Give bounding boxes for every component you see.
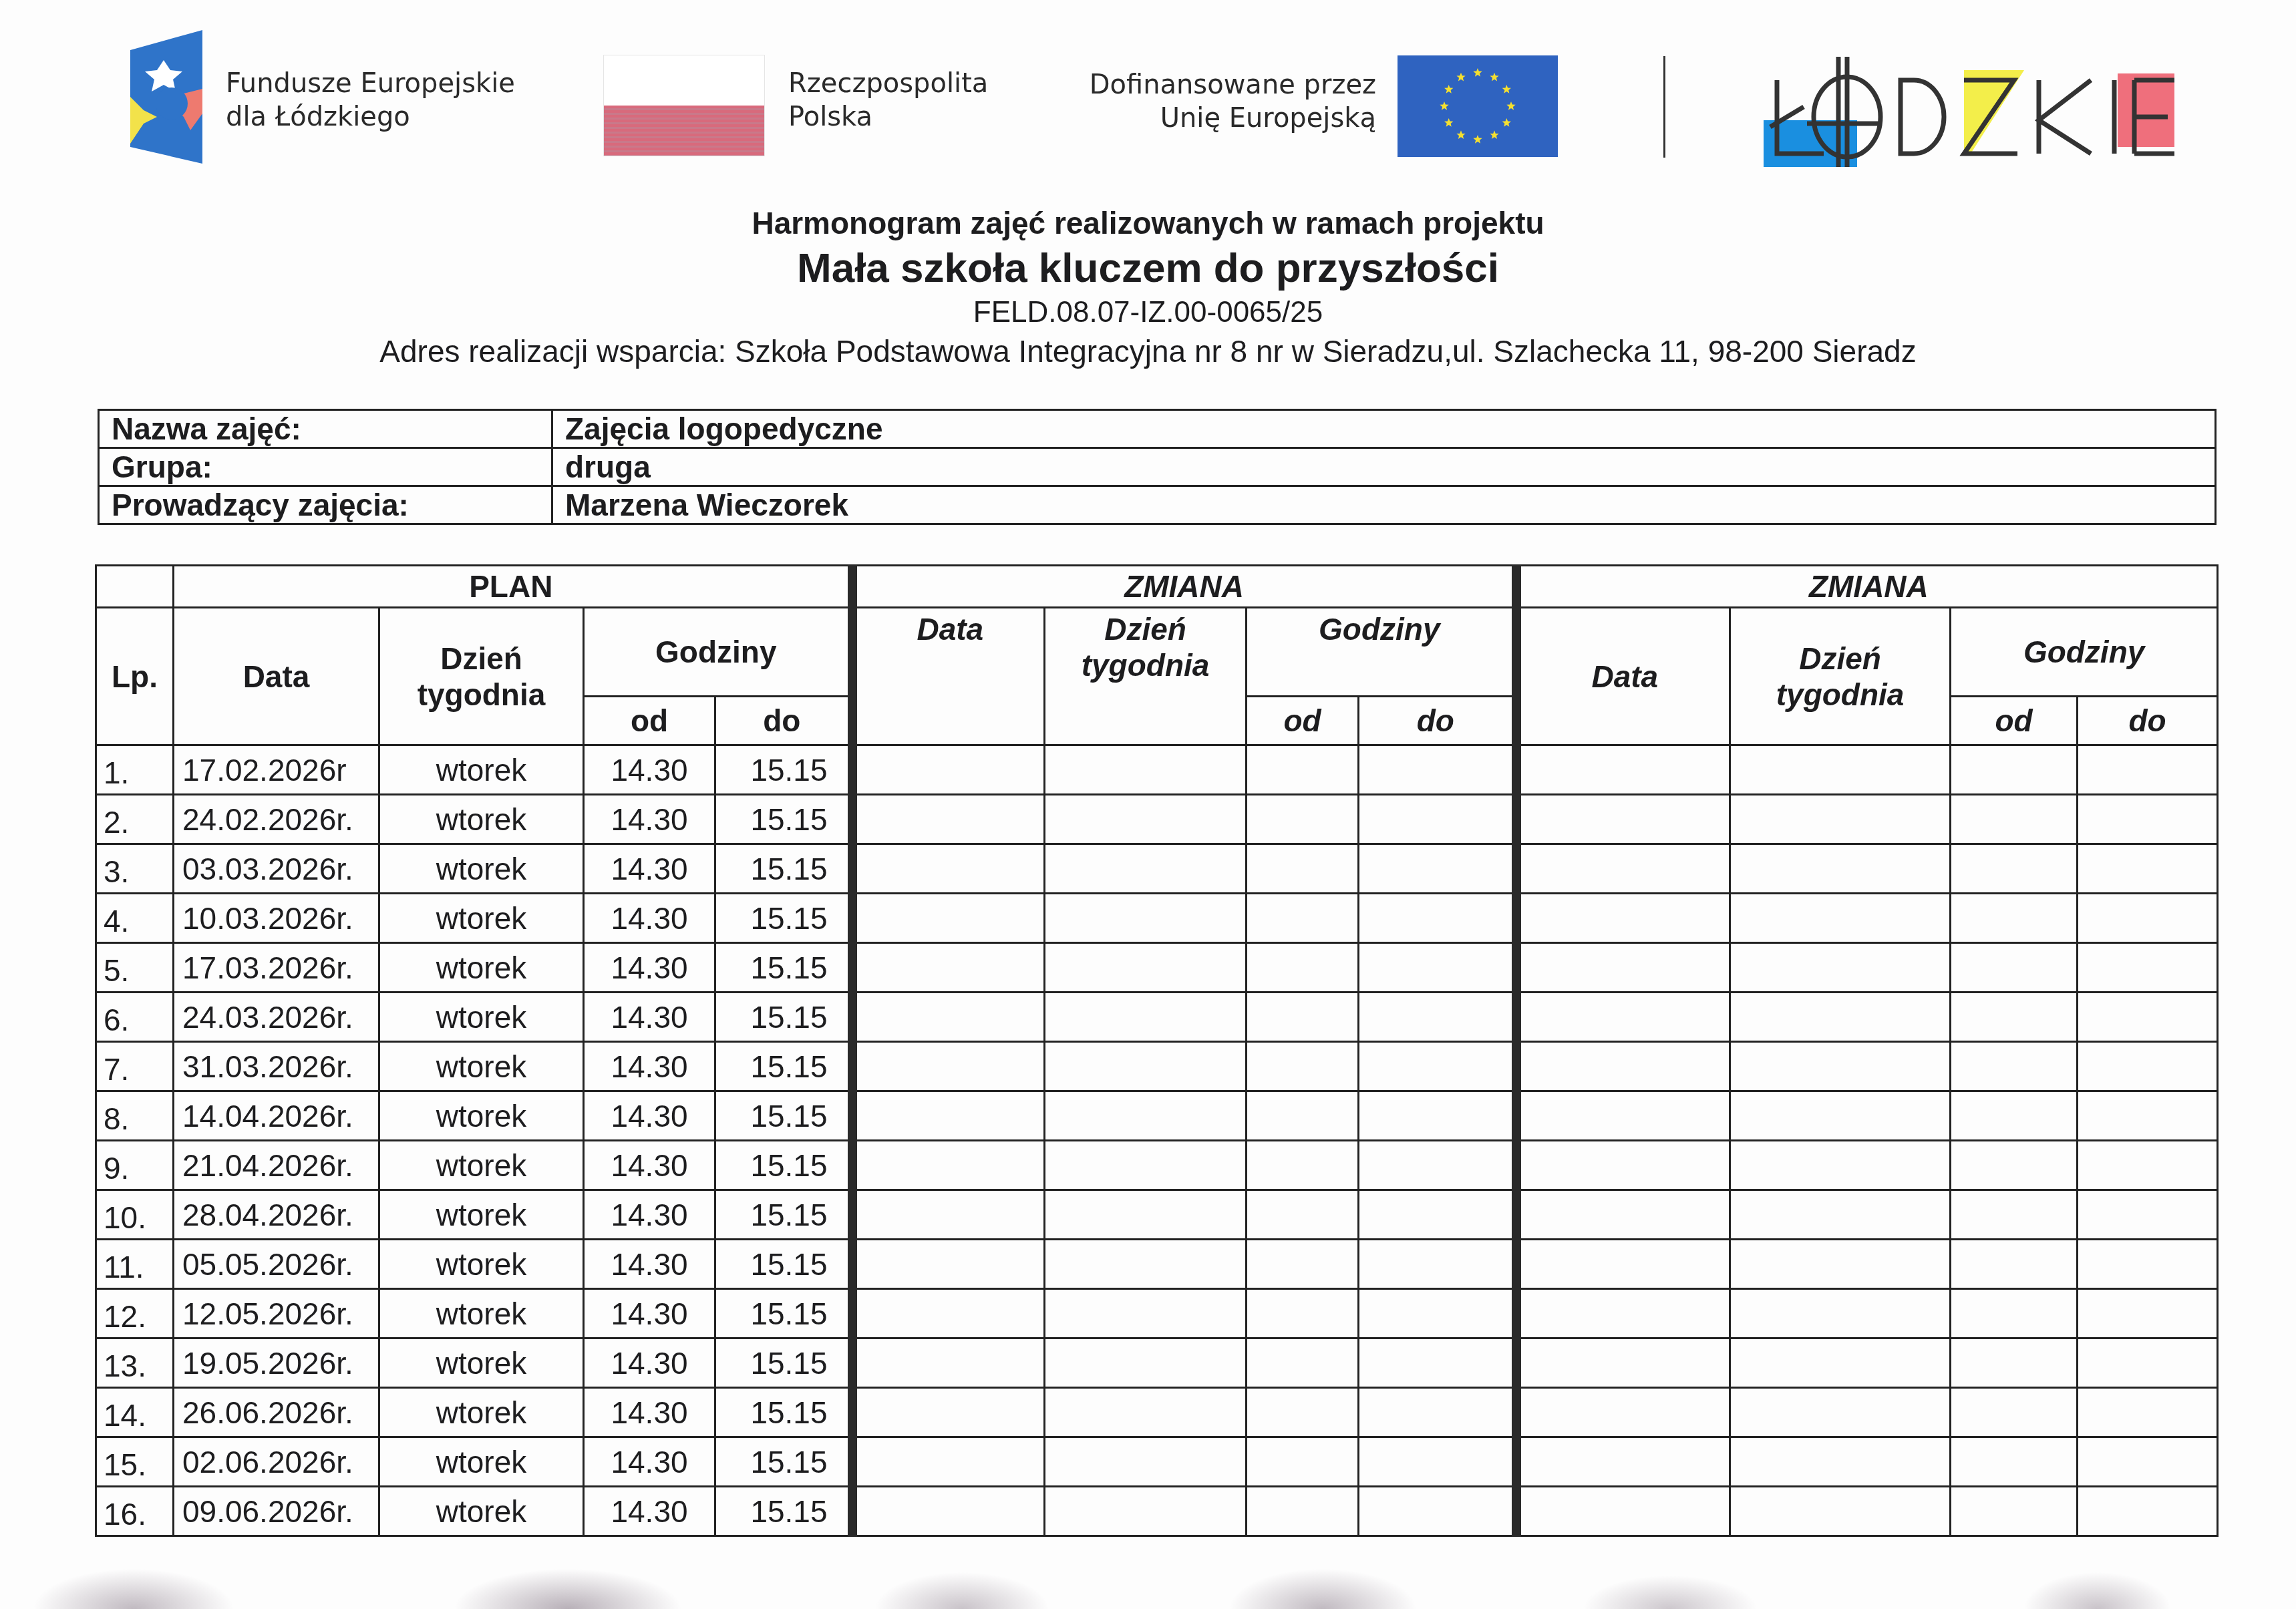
zmiana-1-day-header: Dzień tygodnia — [1045, 608, 1247, 745]
zmiana-1-from-cell — [1247, 844, 1359, 894]
plan-from: 14.30 — [584, 1487, 715, 1536]
zmiana-1-to-cell — [1359, 1487, 1516, 1536]
info-label: Prowadzący zajęcia: — [99, 486, 552, 524]
schedule-heading: Harmonogram zajęć realizowanych w ramach… — [0, 203, 2296, 243]
zmiana-1-day-cell — [1045, 1388, 1247, 1437]
zmiana-2-from-cell — [1951, 894, 2078, 943]
zmiana-1-from-cell — [1247, 1091, 1359, 1141]
zmiana-2-day-cell — [1730, 1388, 1951, 1437]
zmiana-2-to-cell — [2078, 1388, 2218, 1437]
zmiana-2-day-cell — [1730, 1487, 1951, 1536]
plan-from: 14.30 — [584, 1240, 715, 1289]
zmiana-2-to-cell — [2078, 943, 2218, 993]
plan-from: 14.30 — [584, 1338, 715, 1388]
zmiana-1-day-cell — [1045, 1240, 1247, 1289]
zmiana-1-to-header: do — [1359, 697, 1516, 745]
info-label: Grupa: — [99, 448, 552, 486]
zmiana-1-from-cell — [1247, 1487, 1359, 1536]
zmiana-1-day-cell — [1045, 1289, 1247, 1338]
zmiana-2-from-cell — [1951, 1437, 2078, 1487]
zmiana-2-to-cell — [2078, 844, 2218, 894]
zmiana-1-from-cell — [1247, 1338, 1359, 1388]
table-row: 16.09.06.2026r.wtorek14.3015.15 — [96, 1487, 2218, 1536]
plan-to: 15.15 — [715, 745, 852, 795]
zmiana-2-day-cell — [1730, 1338, 1951, 1388]
row-number: 7. — [96, 1042, 174, 1091]
zmiana-1-to-cell — [1359, 795, 1516, 844]
zmiana-2-day-header: Dzień tygodnia — [1730, 608, 1951, 745]
zmiana-2-date-cell — [1516, 745, 1730, 795]
plan-day: wtorek — [379, 1289, 584, 1338]
zmiana-1-from-cell — [1247, 1141, 1359, 1190]
class-info-table: Nazwa zajęć:Zajęcia logopedyczneGrupa:dr… — [98, 409, 2217, 525]
row-number: 8. — [96, 1091, 174, 1141]
row-number: 16. — [96, 1487, 174, 1536]
schedule-table: PLAN ZMIANA ZMIANA Lp. Data Dzień tygodn… — [95, 564, 2219, 1537]
project-number: FELD.08.07-IZ.00-0065/25 — [0, 294, 2296, 331]
zmiana-1-to-cell — [1359, 1240, 1516, 1289]
zmiana-2-date-cell — [1516, 1487, 1730, 1536]
zmiana-2-from-cell — [1951, 745, 2078, 795]
row-number: 14. — [96, 1388, 174, 1437]
zmiana-2-date-cell — [1516, 1388, 1730, 1437]
zmiana-2-to-header: do — [2078, 697, 2218, 745]
zmiana-2-date-cell — [1516, 844, 1730, 894]
plan-to: 15.15 — [715, 943, 852, 993]
table-row: 12.12.05.2026r.wtorek14.3015.15 — [96, 1289, 2218, 1338]
plan-to: 15.15 — [715, 1190, 852, 1240]
zmiana-2-from-cell — [1951, 844, 2078, 894]
table-row: 3.03.03.2026r.wtorek14.3015.15 — [96, 844, 2218, 894]
table-row: 7.31.03.2026r.wtorek14.3015.15 — [96, 1042, 2218, 1091]
zmiana-1-date-cell — [852, 894, 1045, 943]
info-value: Zajęcia logopedyczne — [552, 410, 2216, 448]
plan-date: 21.04.2026r. — [174, 1141, 379, 1190]
zmiana-2-to-cell — [2078, 1190, 2218, 1240]
zmiana-1-date-cell — [852, 844, 1045, 894]
plan-from: 14.30 — [584, 795, 715, 844]
zmiana-1-day-cell — [1045, 1141, 1247, 1190]
zmiana-2-date-cell — [1516, 1338, 1730, 1388]
zmiana-1-to-cell — [1359, 1289, 1516, 1338]
zmiana-2-to-cell — [2078, 795, 2218, 844]
plan-date: 24.03.2026r. — [174, 993, 379, 1042]
zmiana-1-to-cell — [1359, 993, 1516, 1042]
zmiana-2-day-cell — [1730, 943, 1951, 993]
zmiana-2-to-cell — [2078, 1141, 2218, 1190]
plan-date: 05.05.2026r. — [174, 1240, 379, 1289]
lp-header-spacer — [96, 566, 174, 608]
zmiana-1-date-cell — [852, 1240, 1045, 1289]
plan-day: wtorek — [379, 1487, 584, 1536]
zmiana-2-day-cell — [1730, 894, 1951, 943]
zmiana-1-day-cell — [1045, 943, 1247, 993]
plan-to: 15.15 — [715, 1042, 852, 1091]
zmiana-2-day-cell — [1730, 1240, 1951, 1289]
table-row: 14.26.06.2026r.wtorek14.3015.15 — [96, 1388, 2218, 1437]
zmiana-1-day-cell — [1045, 1437, 1247, 1487]
zmiana-2-date-cell — [1516, 1289, 1730, 1338]
plan-day: wtorek — [379, 894, 584, 943]
plan-from: 14.30 — [584, 1388, 715, 1437]
fundusze-europejskie-logo-icon — [130, 30, 202, 164]
plan-date: 26.06.2026r. — [174, 1388, 379, 1437]
zmiana-2-date-cell — [1516, 1190, 1730, 1240]
zmiana-1-day-cell — [1045, 993, 1247, 1042]
zmiana-2-date-cell — [1516, 1141, 1730, 1190]
plan-date: 03.03.2026r. — [174, 844, 379, 894]
scan-artifact — [0, 1556, 2296, 1609]
zmiana-1-day-cell — [1045, 1190, 1247, 1240]
plan-to: 15.15 — [715, 1141, 852, 1190]
lp-header: Lp. — [96, 608, 174, 745]
plan-header: PLAN — [174, 566, 852, 608]
plan-date: 31.03.2026r. — [174, 1042, 379, 1091]
zmiana-1-to-cell — [1359, 1141, 1516, 1190]
zmiana-1-to-cell — [1359, 1190, 1516, 1240]
zmiana-2-date-cell — [1516, 1240, 1730, 1289]
lodzkie-logo-icon — [1764, 53, 2191, 167]
info-value: druga — [552, 448, 2216, 486]
zmiana-1-date-cell — [852, 1091, 1045, 1141]
support-address: Adres realizacji wsparcia: Szkoła Podsta… — [0, 331, 2296, 371]
zmiana-2-to-cell — [2078, 993, 2218, 1042]
rzeczpospolita-label: Rzeczpospolita Polska — [788, 67, 988, 134]
plan-day: wtorek — [379, 795, 584, 844]
plan-date-header: Data — [174, 608, 379, 745]
zmiana-1-date-cell — [852, 1388, 1045, 1437]
zmiana-2-day-cell — [1730, 1289, 1951, 1338]
zmiana-2-day-cell — [1730, 993, 1951, 1042]
plan-day: wtorek — [379, 943, 584, 993]
plan-day: wtorek — [379, 1042, 584, 1091]
zmiana-2-date-cell — [1516, 943, 1730, 993]
zmiana-2-day-cell — [1730, 745, 1951, 795]
row-number: 1. — [96, 745, 174, 795]
plan-to: 15.15 — [715, 1091, 852, 1141]
plan-day: wtorek — [379, 1091, 584, 1141]
info-row: Prowadzący zajęcia:Marzena Wieczorek — [99, 486, 2216, 524]
zmiana-1-from-cell — [1247, 745, 1359, 795]
plan-to: 15.15 — [715, 1289, 852, 1338]
plan-from: 14.30 — [584, 894, 715, 943]
plan-from: 14.30 — [584, 993, 715, 1042]
zmiana-1-from-cell — [1247, 1240, 1359, 1289]
plan-date: 02.06.2026r. — [174, 1437, 379, 1487]
plan-from: 14.30 — [584, 1289, 715, 1338]
zmiana-1-date-cell — [852, 943, 1045, 993]
plan-date: 14.04.2026r. — [174, 1091, 379, 1141]
zmiana-2-to-cell — [2078, 894, 2218, 943]
zmiana-2-date-header: Data — [1516, 608, 1730, 745]
zmiana-2-header: ZMIANA — [1516, 566, 2218, 608]
zmiana-2-to-cell — [2078, 1437, 2218, 1487]
zmiana-2-from-cell — [1951, 795, 2078, 844]
plan-to: 15.15 — [715, 1388, 852, 1437]
plan-date: 24.02.2026r. — [174, 795, 379, 844]
zmiana-2-hours-header: Godziny — [1951, 608, 2218, 697]
zmiana-1-from-cell — [1247, 993, 1359, 1042]
zmiana-2-to-cell — [2078, 1091, 2218, 1141]
plan-day: wtorek — [379, 993, 584, 1042]
info-value: Marzena Wieczorek — [552, 486, 2216, 524]
zmiana-2-to-cell — [2078, 1240, 2218, 1289]
zmiana-1-from-cell — [1247, 1388, 1359, 1437]
row-number: 6. — [96, 993, 174, 1042]
zmiana-2-to-cell — [2078, 745, 2218, 795]
plan-from: 14.30 — [584, 1091, 715, 1141]
plan-date: 10.03.2026r. — [174, 894, 379, 943]
zmiana-2-day-cell — [1730, 1091, 1951, 1141]
row-number: 4. — [96, 894, 174, 943]
zmiana-2-from-cell — [1951, 1289, 2078, 1338]
zmiana-1-date-cell — [852, 1338, 1045, 1388]
fundusze-europejskie-label: Fundusze Europejskie dla Łódzkiego — [226, 67, 515, 134]
row-number: 9. — [96, 1141, 174, 1190]
plan-day: wtorek — [379, 745, 584, 795]
zmiana-2-from-cell — [1951, 1091, 2078, 1141]
zmiana-1-day-cell — [1045, 1338, 1247, 1388]
zmiana-2-date-cell — [1516, 1042, 1730, 1091]
plan-date: 12.05.2026r. — [174, 1289, 379, 1338]
zmiana-1-date-cell — [852, 1487, 1045, 1536]
title-block: Harmonogram zajęć realizowanych w ramach… — [0, 200, 2296, 371]
zmiana-1-date-cell — [852, 795, 1045, 844]
zmiana-1-from-cell — [1247, 943, 1359, 993]
plan-to: 15.15 — [715, 1240, 852, 1289]
plan-to: 15.15 — [715, 1338, 852, 1388]
zmiana-2-to-cell — [2078, 1338, 2218, 1388]
zmiana-2-from-cell — [1951, 1042, 2078, 1091]
table-row: 6.24.03.2026r.wtorek14.3015.15 — [96, 993, 2218, 1042]
zmiana-1-date-cell — [852, 745, 1045, 795]
zmiana-2-day-cell — [1730, 1437, 1951, 1487]
row-number: 11. — [96, 1240, 174, 1289]
table-row: 8.14.04.2026r.wtorek14.3015.15 — [96, 1091, 2218, 1141]
zmiana-2-day-cell — [1730, 844, 1951, 894]
plan-to: 15.15 — [715, 795, 852, 844]
plan-day: wtorek — [379, 1240, 584, 1289]
plan-from: 14.30 — [584, 1141, 715, 1190]
zmiana-1-day-cell — [1045, 745, 1247, 795]
zmiana-2-date-cell — [1516, 1091, 1730, 1141]
zmiana-1-to-cell — [1359, 1091, 1516, 1141]
plan-date: 09.06.2026r. — [174, 1487, 379, 1536]
zmiana-1-header: ZMIANA — [852, 566, 1516, 608]
row-number: 13. — [96, 1338, 174, 1388]
plan-to: 15.15 — [715, 1437, 852, 1487]
zmiana-1-to-cell — [1359, 844, 1516, 894]
zmiana-1-day-cell — [1045, 1091, 1247, 1141]
zmiana-2-date-cell — [1516, 894, 1730, 943]
zmiana-1-date-cell — [852, 1437, 1045, 1487]
table-row: 9.21.04.2026r.wtorek14.3015.15 — [96, 1141, 2218, 1190]
table-row: 15.02.06.2026r.wtorek14.3015.15 — [96, 1437, 2218, 1487]
zmiana-1-day-cell — [1045, 1042, 1247, 1091]
zmiana-2-from-cell — [1951, 1487, 2078, 1536]
table-row: 10.28.04.2026r.wtorek14.3015.15 — [96, 1190, 2218, 1240]
plan-day: wtorek — [379, 1388, 584, 1437]
zmiana-1-hours-header: Godziny — [1247, 608, 1516, 697]
zmiana-1-date-cell — [852, 1141, 1045, 1190]
zmiana-2-day-cell — [1730, 795, 1951, 844]
project-title: Mała szkoła kluczem do przyszłości — [0, 243, 2296, 294]
zmiana-2-date-cell — [1516, 1437, 1730, 1487]
zmiana-1-to-cell — [1359, 943, 1516, 993]
table-row: 1.17.02.2026rwtorek14.3015.15 — [96, 745, 2218, 795]
zmiana-1-day-cell — [1045, 844, 1247, 894]
row-number: 5. — [96, 943, 174, 993]
zmiana-1-from-cell — [1247, 1042, 1359, 1091]
zmiana-1-date-cell — [852, 993, 1045, 1042]
plan-from: 14.30 — [584, 1042, 715, 1091]
eu-flag-icon — [1398, 55, 1558, 157]
plan-from: 14.30 — [584, 745, 715, 795]
zmiana-1-to-cell — [1359, 894, 1516, 943]
zmiana-1-day-cell — [1045, 1487, 1247, 1536]
zmiana-2-to-cell — [2078, 1487, 2218, 1536]
plan-from-header: od — [584, 697, 715, 745]
plan-date: 17.02.2026r — [174, 745, 379, 795]
zmiana-1-date-cell — [852, 1042, 1045, 1091]
zmiana-2-date-cell — [1516, 993, 1730, 1042]
zmiana-2-from-cell — [1951, 1338, 2078, 1388]
plan-to: 15.15 — [715, 1487, 852, 1536]
zmiana-2-from-header: od — [1951, 697, 2078, 745]
plan-to-header: do — [715, 697, 852, 745]
logo-divider — [1663, 56, 1665, 158]
plan-date: 19.05.2026r. — [174, 1338, 379, 1388]
zmiana-2-day-cell — [1730, 1190, 1951, 1240]
row-number: 10. — [96, 1190, 174, 1240]
zmiana-1-to-cell — [1359, 1437, 1516, 1487]
zmiana-1-to-cell — [1359, 1388, 1516, 1437]
table-row: 5.17.03.2026r.wtorek14.3015.15 — [96, 943, 2218, 993]
plan-day: wtorek — [379, 844, 584, 894]
row-number: 2. — [96, 795, 174, 844]
row-number: 3. — [96, 844, 174, 894]
info-row: Nazwa zajęć:Zajęcia logopedyczne — [99, 410, 2216, 448]
zmiana-2-from-cell — [1951, 993, 2078, 1042]
plan-to: 15.15 — [715, 993, 852, 1042]
table-row: 13.19.05.2026r.wtorek14.3015.15 — [96, 1338, 2218, 1388]
zmiana-1-date-cell — [852, 1289, 1045, 1338]
row-number: 12. — [96, 1289, 174, 1338]
zmiana-1-from-cell — [1247, 1190, 1359, 1240]
zmiana-2-to-cell — [2078, 1289, 2218, 1338]
zmiana-1-date-cell — [852, 1190, 1045, 1240]
zmiana-1-from-cell — [1247, 1289, 1359, 1338]
plan-from: 14.30 — [584, 844, 715, 894]
plan-from: 14.30 — [584, 1190, 715, 1240]
zmiana-2-day-cell — [1730, 1042, 1951, 1091]
zmiana-1-to-cell — [1359, 1338, 1516, 1388]
zmiana-1-to-cell — [1359, 1042, 1516, 1091]
row-number: 15. — [96, 1437, 174, 1487]
zmiana-1-from-cell — [1247, 1437, 1359, 1487]
table-row: 2.24.02.2026r.wtorek14.3015.15 — [96, 795, 2218, 844]
plan-day: wtorek — [379, 1437, 584, 1487]
info-label: Nazwa zajęć: — [99, 410, 552, 448]
zmiana-2-from-cell — [1951, 943, 2078, 993]
zmiana-2-day-cell — [1730, 1141, 1951, 1190]
zmiana-2-date-cell — [1516, 795, 1730, 844]
plan-day: wtorek — [379, 1141, 584, 1190]
table-row: 4.10.03.2026r.wtorek14.3015.15 — [96, 894, 2218, 943]
plan-hours-header: Godziny — [584, 608, 852, 697]
zmiana-2-from-cell — [1951, 1388, 2078, 1437]
plan-to: 15.15 — [715, 894, 852, 943]
zmiana-2-from-cell — [1951, 1141, 2078, 1190]
zmiana-2-from-cell — [1951, 1190, 2078, 1240]
zmiana-1-from-header: od — [1247, 697, 1359, 745]
zmiana-1-to-cell — [1359, 745, 1516, 795]
plan-day-header: Dzień tygodnia — [379, 608, 584, 745]
plan-day: wtorek — [379, 1190, 584, 1240]
plan-from: 14.30 — [584, 1437, 715, 1487]
zmiana-1-date-header: Data — [852, 608, 1045, 745]
table-row: 11.05.05.2026r.wtorek14.3015.15 — [96, 1240, 2218, 1289]
zmiana-2-to-cell — [2078, 1042, 2218, 1091]
polish-flag-icon — [603, 55, 765, 156]
plan-date: 17.03.2026r. — [174, 943, 379, 993]
plan-from: 14.30 — [584, 943, 715, 993]
zmiana-1-from-cell — [1247, 894, 1359, 943]
plan-date: 28.04.2026r. — [174, 1190, 379, 1240]
info-row: Grupa:druga — [99, 448, 2216, 486]
zmiana-2-from-cell — [1951, 1240, 2078, 1289]
plan-to: 15.15 — [715, 844, 852, 894]
zmiana-1-day-cell — [1045, 795, 1247, 844]
zmiana-1-day-cell — [1045, 894, 1247, 943]
eu-funding-label: Dofinansowane przez Unię Europejską — [1062, 68, 1376, 135]
plan-day: wtorek — [379, 1338, 584, 1388]
zmiana-1-from-cell — [1247, 795, 1359, 844]
